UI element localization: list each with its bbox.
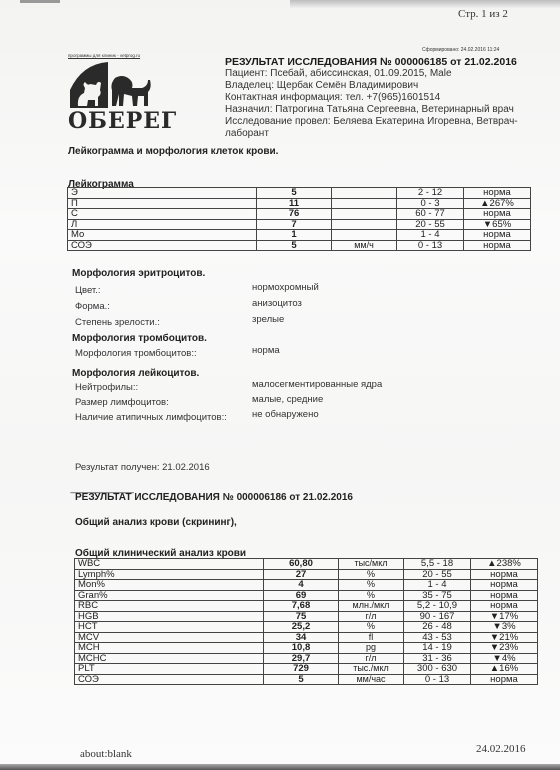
test-unit: % xyxy=(339,622,404,633)
status-badge: норма xyxy=(464,240,531,251)
test-unit: мм/час xyxy=(339,674,404,685)
test-unit xyxy=(332,198,397,209)
logo-caption: программы для клиник - vetprog.ru xyxy=(68,53,140,58)
morphology-label: Наличие атипичных лимфоцитов:: xyxy=(75,412,227,423)
table-row: П110 - 3▲267% xyxy=(68,198,531,209)
status-badge: ▲238% xyxy=(471,559,538,570)
status-badge: ▼21% xyxy=(471,632,538,643)
test-unit: fl xyxy=(339,632,404,643)
table-row: Gran%69%35 - 75норма xyxy=(75,590,538,601)
result-title-1: РЕЗУЛЬТАТ ИССЛЕДОВАНИЯ № 000006185 от 21… xyxy=(225,56,517,68)
test-name: СОЭ xyxy=(75,674,264,685)
document-page: Стр. 1 из 2 Сформировано: 24.02.2016 11:… xyxy=(0,0,560,770)
test-unit xyxy=(332,219,397,230)
reference-range: 300 - 630 xyxy=(404,664,471,675)
test-unit xyxy=(332,188,397,199)
test-unit: % xyxy=(339,569,404,580)
test-value: 5 xyxy=(264,674,339,685)
footer-url: about:blank xyxy=(80,748,132,760)
result-received: Результат получен: 21.02.2016 xyxy=(75,462,210,473)
test-value: 60,80 xyxy=(264,559,339,570)
owner-info: Владелец: Щербак Семён Владимирович xyxy=(225,80,418,91)
table-row: СОЭ5мм/ч0 - 13норма xyxy=(68,240,531,251)
reference-range: 31 - 36 xyxy=(404,653,471,664)
table-row: PLT729тыс./мкл300 - 630▲16% xyxy=(75,664,538,675)
reference-range: 0 - 3 xyxy=(397,198,464,209)
test-value: 5 xyxy=(257,240,332,251)
reference-range: 0 - 13 xyxy=(404,674,471,685)
test-unit: тыс/мкл xyxy=(339,559,404,570)
result-title-2: РЕЗУЛЬТАТ ИССЛЕДОВАНИЯ № 000006186 от 21… xyxy=(75,492,353,503)
test-unit: г/л xyxy=(339,653,404,664)
table-row: HCT25,2%26 - 48▼3% xyxy=(75,622,538,633)
reference-range: 60 - 77 xyxy=(397,209,464,220)
reference-range: 20 - 55 xyxy=(404,569,471,580)
test-value: 729 xyxy=(264,664,339,675)
test-unit xyxy=(332,209,397,220)
scan-edge xyxy=(0,764,560,770)
erythrocytes-title: Морфология эритроцитов. xyxy=(72,268,205,279)
reference-range: 35 - 75 xyxy=(404,590,471,601)
morphology-label: Форма.: xyxy=(75,301,110,312)
status-badge: норма xyxy=(471,674,538,685)
test-value: 69 xyxy=(264,590,339,601)
scan-shadow xyxy=(20,0,60,3)
generated-timestamp: Сформировано: 24.02.2016 11:24 xyxy=(422,47,499,53)
status-badge: ▲16% xyxy=(471,664,538,675)
reference-range: 2 - 12 xyxy=(397,188,464,199)
test-name: СОЭ xyxy=(68,240,257,251)
test-name: WBC xyxy=(75,559,264,570)
reference-range: 5,2 - 10,9 xyxy=(404,601,471,612)
table-row: HGB75г/л90 - 167▼17% xyxy=(75,611,538,622)
status-badge: норма xyxy=(471,580,538,591)
test-unit: % xyxy=(339,590,404,601)
test-value: 76 xyxy=(257,209,332,220)
morphology-label: Степень зрелости.: xyxy=(75,317,160,328)
test-name: PLT xyxy=(75,664,264,675)
reference-range: 14 - 19 xyxy=(404,643,471,654)
morphology-value: нормохромный xyxy=(252,282,319,293)
prescribed-by: Назначил: Патрогина Татьяна Сергеевна, В… xyxy=(225,104,514,115)
status-badge: ▼17% xyxy=(471,611,538,622)
test-name: Л xyxy=(68,219,257,230)
table-row: WBC60,80тыс/мкл5,5 - 18▲238% xyxy=(75,559,538,570)
scan-shadow xyxy=(290,0,560,8)
test-unit: млн./мкл xyxy=(339,601,404,612)
morphology-label: Размер лимфоцитов: xyxy=(75,397,169,408)
test-name: Lymph% xyxy=(75,569,264,580)
footer-date: 24.02.2016 xyxy=(476,743,526,755)
test-unit: % xyxy=(339,580,404,591)
test-name: MCH xyxy=(75,643,264,654)
status-badge: норма xyxy=(471,590,538,601)
morphology-label: Цвет.: xyxy=(75,285,101,296)
test-name: Э xyxy=(68,188,257,199)
test-name: MCV xyxy=(75,632,264,643)
table-row: MCV34fl43 - 53▼21% xyxy=(75,632,538,643)
test-value: 11 xyxy=(257,198,332,209)
test-value: 34 xyxy=(264,632,339,643)
test-unit: г/л xyxy=(339,611,404,622)
test-name: RBC xyxy=(75,601,264,612)
table-row: Э52 - 12норма xyxy=(68,188,531,199)
test-unit: pg xyxy=(339,643,404,654)
test-name: HCT xyxy=(75,622,264,633)
test-unit: тыс./мкл xyxy=(339,664,404,675)
status-badge: ▼4% xyxy=(471,653,538,664)
test-value: 29,7 xyxy=(264,653,339,664)
performed-by-cont: лаборант xyxy=(225,128,269,139)
morphology-value: малосегментированные ядра xyxy=(252,379,382,390)
status-badge: норма xyxy=(471,569,538,580)
morphology-value: зрелые xyxy=(252,314,284,325)
reference-range: 20 - 55 xyxy=(397,219,464,230)
morphology-value: не обнаружено xyxy=(252,409,319,420)
reference-range: 43 - 53 xyxy=(404,632,471,643)
table-row: СОЭ5мм/час0 - 13норма xyxy=(75,674,538,685)
morphology-value: малые, средние xyxy=(252,394,323,405)
test-unit xyxy=(332,230,397,241)
test-value: 25,2 xyxy=(264,622,339,633)
reference-range: 90 - 167 xyxy=(404,611,471,622)
morphology-label: Морфология тромбоцитов:: xyxy=(75,348,197,359)
table-row: MCH10,8pg14 - 19▼23% xyxy=(75,643,538,654)
status-badge: ▲267% xyxy=(464,198,531,209)
status-badge: ▼65% xyxy=(464,219,531,230)
study1-title: Лейкограмма и морфология клеток крови. xyxy=(68,146,278,157)
test-value: 75 xyxy=(264,611,339,622)
test-value: 1 xyxy=(257,230,332,241)
morphology-value: норма xyxy=(252,345,280,356)
status-badge: норма xyxy=(471,601,538,612)
test-name: П xyxy=(68,198,257,209)
clinic-logo-text: ОБЕРЕГ xyxy=(68,108,177,134)
reference-range: 1 - 4 xyxy=(404,580,471,591)
status-badge: норма xyxy=(464,230,531,241)
performed-by: Исследование провел: Беляева Екатерина И… xyxy=(225,116,518,127)
test-name: Mon% xyxy=(75,580,264,591)
reference-range: 5,5 - 18 xyxy=(404,559,471,570)
reference-range: 0 - 13 xyxy=(397,240,464,251)
test-value: 27 xyxy=(264,569,339,580)
test-value: 7 xyxy=(257,219,332,230)
status-badge: ▼3% xyxy=(471,622,538,633)
patient-info: Пациент: Псебай, абиссинская, 01.09.2015… xyxy=(225,68,452,79)
table-row: С7660 - 77норма xyxy=(68,209,531,220)
test-name: MCHC xyxy=(75,653,264,664)
table-row: Mon%4%1 - 4норма xyxy=(75,580,538,591)
leukocytes-title: Морфология лейкоцитов. xyxy=(72,368,199,379)
test-name: Gran% xyxy=(75,590,264,601)
table-row: Мо11 - 4норма xyxy=(68,230,531,241)
table-row: Lymph%27%20 - 55норма xyxy=(75,569,538,580)
test-name: HGB xyxy=(75,611,264,622)
reference-range: 26 - 48 xyxy=(404,622,471,633)
table-row: RBC7,68млн./мкл5,2 - 10,9норма xyxy=(75,601,538,612)
status-badge: норма xyxy=(464,209,531,220)
test-name: С xyxy=(68,209,257,220)
test-unit: мм/ч xyxy=(332,240,397,251)
test-value: 10,8 xyxy=(264,643,339,654)
platelets-title: Морфология тромбоцитов. xyxy=(72,333,207,344)
leukogram-table: Э52 - 12нормаП110 - 3▲267%С7660 - 77норм… xyxy=(67,187,531,251)
table-row: MCHC29,7г/л31 - 36▼4% xyxy=(75,653,538,664)
morphology-label: Нейтрофилы:: xyxy=(75,382,138,393)
page-number: Стр. 1 из 2 xyxy=(458,8,508,20)
status-badge: норма xyxy=(464,188,531,199)
study2-subtitle: Общий анализ крови (скрининг), xyxy=(75,517,237,528)
cbc-table: WBC60,80тыс/мкл5,5 - 18▲238%Lymph%27%20 … xyxy=(74,558,538,685)
status-badge: ▼23% xyxy=(471,643,538,654)
reference-range: 1 - 4 xyxy=(397,230,464,241)
table-row: Л720 - 55▼65% xyxy=(68,219,531,230)
test-name: Мо xyxy=(68,230,257,241)
test-value: 7,68 xyxy=(264,601,339,612)
test-value: 5 xyxy=(257,188,332,199)
morphology-value: анизоцитоз xyxy=(252,298,302,309)
contact-info: Контактная информация: тел. +7(965)16015… xyxy=(225,92,440,103)
test-value: 4 xyxy=(264,580,339,591)
